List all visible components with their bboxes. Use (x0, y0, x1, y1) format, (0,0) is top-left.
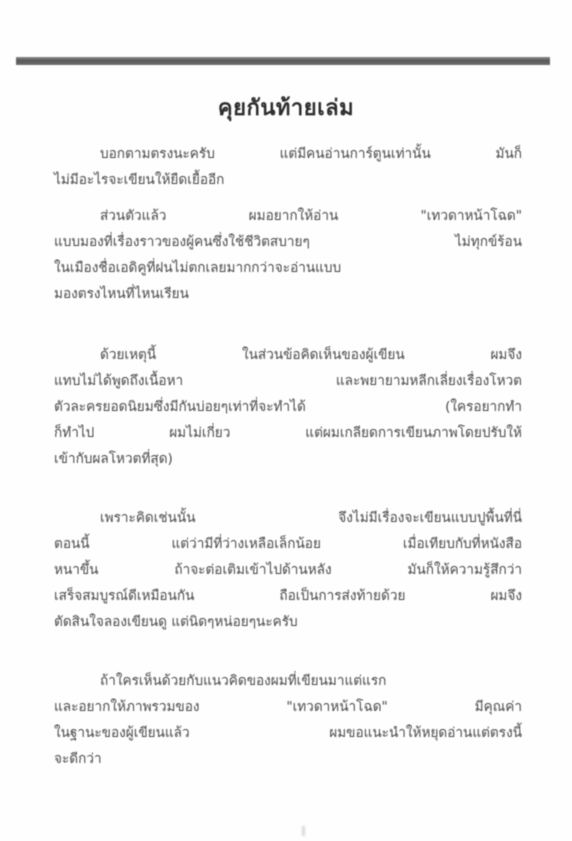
paragraph-4-line-4: เสร็จสมบูรณ์ดีเหมือนกัน ถือเป็นการส่งท้า… (54, 586, 522, 606)
paragraph-2-line-3: ในเมืองชื่อเอดิคูที่ฝนไม่ตกเลยมากกว่าจะอ… (54, 258, 522, 278)
paragraph-5-line-2: และอยากให้ภาพรวมของ "เทวดาหน้าโฉด" มีคุณ… (54, 697, 522, 717)
paragraph-5-line-3: ในฐานะของผู้เขียนแล้ว ผมขอแนะนำให้หยุดอ่… (54, 723, 522, 743)
paragraph-3-line-1: ด้วยเหตุนี้ ในส่วนข้อคิดเห็นของผู้เขียน … (100, 345, 522, 365)
paragraph-3-line-2: แทบไม่ได้พูดถึงเนื้อหา และพยายามหลีกเลี่… (54, 371, 522, 391)
paragraph-3-line-4: ก็ทำไป ผมไม่เกี่ยว แต่ผมเกลียดการเขียนภา… (54, 423, 522, 443)
paragraph-5-line-4: จะดีกว่า (54, 749, 522, 769)
scanned-book-page: คุยกันท้ายเล่ม บอกตามตรงนะครับ แต่มีคนอ่… (0, 0, 572, 841)
paragraph-1-line-1: บอกตามตรงนะครับ แต่มีคนอ่านการ์ตูนเท่านั… (100, 144, 522, 164)
paragraph-3-line-5: เข้ากับผลโหวตที่สุด) (54, 449, 522, 469)
header-rule (16, 57, 550, 65)
paragraph-4-line-1: เพราะคิดเช่นนั้น จึงไม่มีเรื่องจะเขียนแบ… (100, 508, 522, 528)
paragraph-4-line-5: ตัดสินใจลองเขียนดู แต่นิดๆหน่อยๆนะครับ (54, 612, 522, 632)
scan-artifact (302, 826, 305, 836)
paragraph-2-line-4: มองตรงไหนที่ไหนเรียน (54, 284, 522, 304)
page-title: คุยกันท้ายเล่ม (0, 90, 572, 125)
paragraph-2-line-1: ส่วนตัวแล้ว ผมอยากให้อ่าน "เทวดาหน้าโฉด" (100, 206, 522, 226)
paragraph-3-line-3: ตัวละครยอดนิยมซึ่งมีกันบ่อยๆเท่าที่จะทำไ… (54, 397, 522, 417)
paragraph-2-line-2: แบบมองที่เรื่องราวของผู้คนซึ่งใช้ชีวิตสบ… (54, 232, 522, 252)
paragraph-1-line-2: ไม่มีอะไรจะเขียนให้ยืดเยื้ออีก (54, 170, 522, 190)
paragraph-5-line-1: ถ้าใครเห็นด้วยกับแนวคิดของผมที่เขียนมาแต… (100, 671, 522, 691)
paragraph-4-line-3: หนาขึ้น ถ้าจะต่อเติมเข้าไปด้านหลัง มันก็… (54, 560, 522, 580)
paragraph-4-line-2: ตอนนี้ แต่ว่ามีที่ว่างเหลือเล็กน้อย เมื่… (54, 534, 522, 554)
